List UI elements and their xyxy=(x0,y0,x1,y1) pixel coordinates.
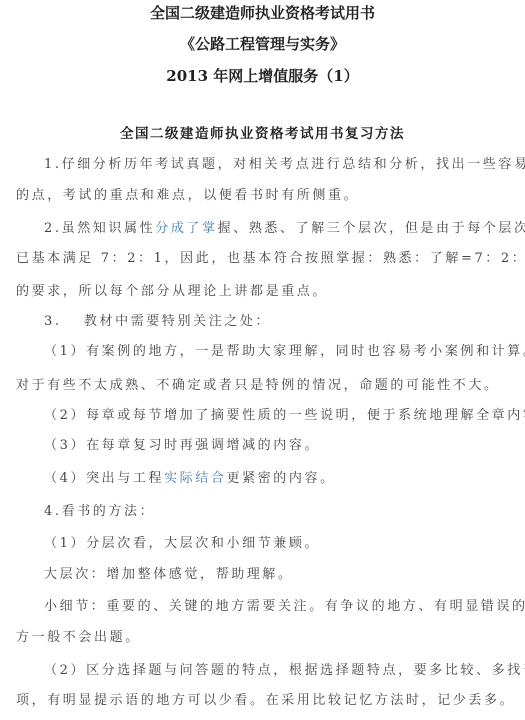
paragraph-3-item-3: （3）在每章复习时再强调增减的内容。 xyxy=(44,436,320,456)
title-line-3: 2013 年网上增值服务（1） xyxy=(0,66,525,86)
paragraph-4-item-1: （1）分层次看，大层次和小细节兼顾。 xyxy=(44,534,320,554)
paragraph-4-small-detail-line-1: 小细节：重要的、关键的地方需要关注。有争议的地方、有明显错误的地 xyxy=(44,597,525,617)
paragraph-2-line-1: 2.虽然知识属性分成了掌握、熟悉、了解三个层次，但是由于每个层次内容 xyxy=(44,219,525,239)
title-line-1: 全国二级建造师执业资格考试用书 xyxy=(0,3,525,23)
highlight-text: 分成了掌 xyxy=(155,221,217,236)
section-heading: 全国二级建造师执业资格考试用书复习方法 xyxy=(0,124,525,144)
paragraph-1-line-1: 1.仔细分析历年考试真题，对相关考点进行总结和分析，找出一些容易命题 xyxy=(44,155,525,175)
paragraph-3-heading: 3. 教材中需要特别关注之处： xyxy=(44,312,271,332)
paragraph-4-heading: 4.看书的方法： xyxy=(44,502,155,522)
paragraph-4-small-detail-line-2: 方一般不会出题。 xyxy=(16,628,141,648)
paragraph-3-item-1-line-1: （1）有案例的地方，一是帮助大家理解，同时也容易考小案例和计算。但 xyxy=(44,342,525,362)
paragraph-4-item-2-line-2: 项，有明显提示语的地方可以少看。在采用比较记忆方法时，记少丢多。 xyxy=(16,691,515,711)
paragraph-3-item-1-line-2: 对于有些不太成熟、不确定或者只是特例的情况，命题的可能性不大。 xyxy=(16,376,500,396)
paragraph-3-item-2: （2）每章或每节增加了摘要性质的一些说明，便于系统地理解全章内容； xyxy=(44,406,525,426)
text-span: （4）突出与工程 xyxy=(44,471,164,486)
title-line-2: 《公路工程管理与实务》 xyxy=(0,34,525,54)
paragraph-4-big-level: 大层次：增加整体感觉，帮助理解。 xyxy=(44,565,294,585)
text-span: 握、熟悉、了解三个层次，但是由于每个层次内容 xyxy=(218,221,525,236)
text-span: 更紧密的内容。 xyxy=(226,471,335,486)
paragraph-1-line-2: 的点，考试的重点和难点，以便看书时有所侧重。 xyxy=(16,186,359,206)
highlight-text: 实际结合 xyxy=(164,471,226,486)
paragraph-2-line-2: 已基本满足 7：2：1，因此，也基本符合按照掌握：熟悉：了解=7：2：1 命题 xyxy=(16,249,525,269)
paragraph-2-line-3: 的要求，所以每个部分从理论上讲都是重点。 xyxy=(16,282,328,302)
paragraph-4-item-2-line-1: （2）区分选择题与问答题的特点，根据选择题特点，要多比较、多找干扰 xyxy=(44,661,525,681)
paragraph-3-item-4: （4）突出与工程实际结合更紧密的内容。 xyxy=(44,469,336,489)
text-span: 2.虽然知识属性 xyxy=(44,221,155,236)
